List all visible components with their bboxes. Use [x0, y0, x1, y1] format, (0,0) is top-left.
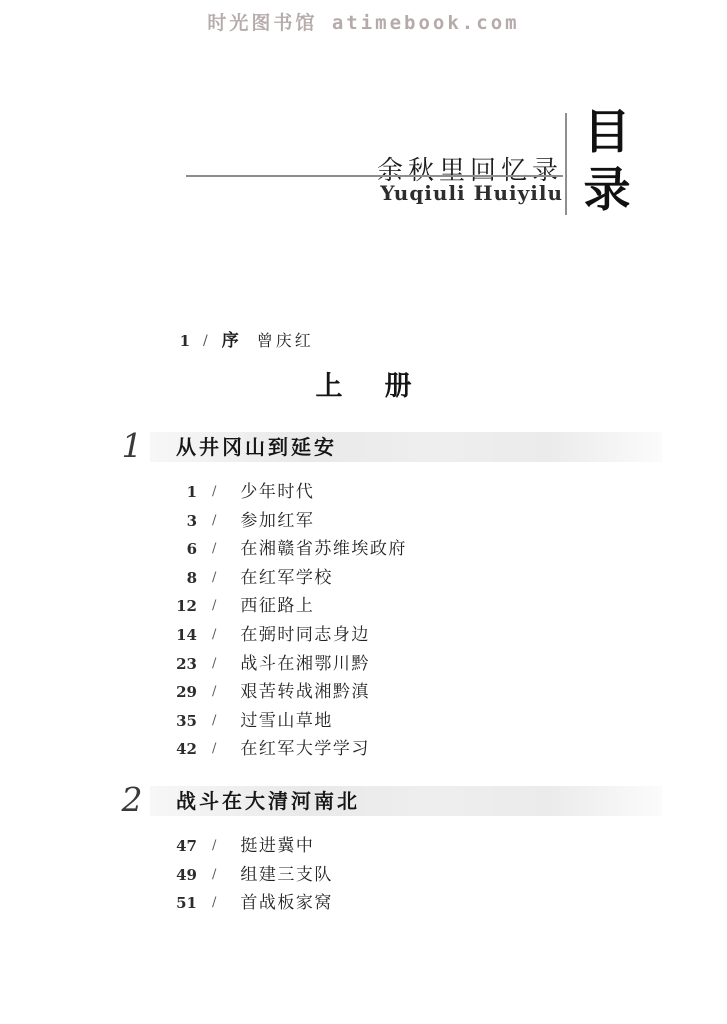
- chapter-section: 1 从井冈山到延安 1 / 少年时代 3 / 参加红军 6 / 在湘赣省苏维埃政…: [0, 432, 727, 764]
- toc-entry-separator: /: [212, 650, 216, 679]
- toc-entry: 12 / 西征路上: [150, 592, 727, 621]
- chapter-heading: 2 战斗在大清河南北: [150, 786, 727, 816]
- preface-page-number: 1: [150, 330, 190, 352]
- toc-entry-title: 过雪山草地: [240, 707, 333, 736]
- toc-entry-title: 战斗在湘鄂川黔: [240, 650, 370, 679]
- toc-entry-separator: /: [212, 678, 216, 707]
- toc-entry: 29 / 艰苦转战湘黔滇: [150, 678, 727, 707]
- chapter-section: 2 战斗在大清河南北 47 / 挺进冀中 49 / 组建三支队 51 / 首战板…: [0, 786, 727, 918]
- toc-entry-title: 西征路上: [240, 592, 314, 621]
- chapter-number: 1: [117, 426, 147, 465]
- toc-entry-page-number: 12: [150, 592, 197, 621]
- toc-entry-page-number: 23: [150, 650, 197, 679]
- toc-entry-separator: /: [212, 889, 216, 918]
- toc-entry: 35 / 过雪山草地: [150, 707, 727, 736]
- chapter-heading: 1 从井冈山到延安: [150, 432, 727, 462]
- toc-entry-separator: /: [212, 592, 216, 621]
- toc-entry-separator: /: [212, 507, 216, 536]
- toc-entry-page-number: 14: [150, 621, 197, 650]
- toc-entry: 14 / 在弼时同志身边: [150, 621, 727, 650]
- preface-author: 曾庆红: [257, 330, 314, 352]
- toc-entry-separator: /: [212, 535, 216, 564]
- toc-entry-title: 艰苦转战湘黔滇: [240, 678, 370, 707]
- toc-entry: 47 / 挺进冀中: [150, 832, 727, 861]
- chapter-heading-bar: 从井冈山到延安: [150, 432, 662, 462]
- toc-entry: 1 / 少年时代: [150, 478, 727, 507]
- toc-entry: 3 / 参加红军: [150, 507, 727, 536]
- toc-list: 1 / 少年时代 3 / 参加红军 6 / 在湘赣省苏维埃政府 8 / 在红军学…: [0, 478, 727, 764]
- toc-entry: 8 / 在红军学校: [150, 564, 727, 593]
- toc-entry-title: 在红军大学学习: [240, 735, 370, 764]
- toc-entry-page-number: 6: [150, 535, 197, 564]
- chapter-number: 2: [117, 780, 147, 819]
- book-toc-page: 时光图书馆 atimebook.com 余秋里回忆录 Yuqiuli Huiyi…: [0, 0, 727, 1024]
- toc-entry-title: 在湘赣省苏维埃政府: [240, 535, 407, 564]
- toc-entry-separator: /: [212, 707, 216, 736]
- toc-entry-title: 组建三支队: [240, 861, 333, 890]
- chapter-heading-bar: 战斗在大清河南北: [150, 786, 662, 816]
- toc-entry-separator: /: [212, 861, 216, 890]
- contents-heading: 目 录: [577, 104, 637, 220]
- volume-heading-part2: 册: [385, 371, 412, 402]
- title-block: 余秋里回忆录 Yuqiuli Huiyilu 目 录: [0, 0, 727, 240]
- toc-entry-page-number: 29: [150, 678, 197, 707]
- contents-heading-char-2: 录: [577, 162, 637, 220]
- toc-entry: 42 / 在红军大学学习: [150, 735, 727, 764]
- toc-entry: 6 / 在湘赣省苏维埃政府: [150, 535, 727, 564]
- toc-entry-separator: /: [212, 478, 216, 507]
- toc-entry-page-number: 8: [150, 564, 197, 593]
- toc-entry-page-number: 1: [150, 478, 197, 507]
- contents-heading-char-1: 目: [577, 104, 637, 162]
- toc-entry-page-number: 49: [150, 861, 197, 890]
- preface-separator: /: [203, 330, 208, 352]
- volume-heading: 上册: [0, 370, 727, 404]
- toc-entry-page-number: 35: [150, 707, 197, 736]
- chapters-container: 1 从井冈山到延安 1 / 少年时代 3 / 参加红军 6 / 在湘赣省苏维埃政…: [0, 432, 727, 918]
- chapter-title: 战斗在大清河南北: [176, 786, 360, 816]
- toc-entry: 23 / 战斗在湘鄂川黔: [150, 650, 727, 679]
- title-vertical-divider: [565, 113, 567, 215]
- toc-entry: 49 / 组建三支队: [150, 861, 727, 890]
- toc-entry: 51 / 首战板家窝: [150, 889, 727, 918]
- volume-heading-part1: 上: [316, 371, 343, 402]
- toc-entry-title: 少年时代: [240, 478, 314, 507]
- preface-label: 序: [222, 330, 241, 352]
- toc-entry-page-number: 42: [150, 735, 197, 764]
- toc-entry-page-number: 47: [150, 832, 197, 861]
- preface-entry: 1 / 序 曾庆红: [150, 330, 727, 352]
- toc-entry-title: 在红军学校: [240, 564, 333, 593]
- toc-entry-page-number: 3: [150, 507, 197, 536]
- toc-entry-separator: /: [212, 735, 216, 764]
- book-title-pinyin: Yuqiuli Huiyilu: [380, 181, 563, 205]
- toc-entry-page-number: 51: [150, 889, 197, 918]
- toc-entry-title: 首战板家窝: [240, 889, 333, 918]
- toc-entry-title: 在弼时同志身边: [240, 621, 370, 650]
- chapter-title: 从井冈山到延安: [176, 432, 337, 462]
- toc-entry-title: 参加红军: [240, 507, 314, 536]
- title-rule-line: [186, 175, 563, 177]
- toc-list: 47 / 挺进冀中 49 / 组建三支队 51 / 首战板家窝: [0, 832, 727, 918]
- toc-entry-separator: /: [212, 621, 216, 650]
- toc-entry-separator: /: [212, 832, 216, 861]
- toc-content: 1 / 序 曾庆红 上册 1 从井冈山到延安 1 / 少年时代 3 / 参加红军…: [0, 330, 727, 918]
- toc-entry-separator: /: [212, 564, 216, 593]
- toc-entry-title: 挺进冀中: [240, 832, 314, 861]
